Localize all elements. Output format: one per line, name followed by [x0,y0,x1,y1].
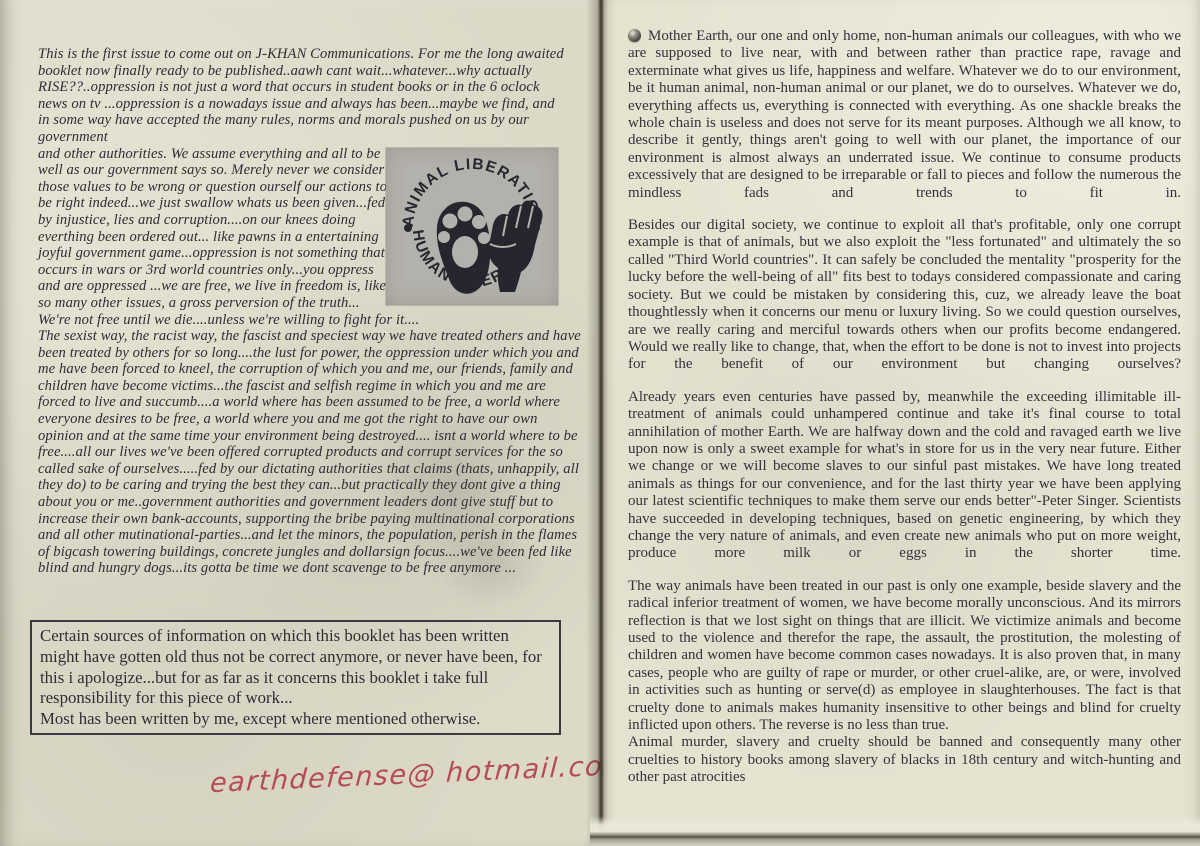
disclaimer-text: Certain sources of information on which … [40,626,551,709]
intro-text-1: This is the first issue to come out on J… [38,46,566,146]
handwritten-email: earthdefense@ hotmail.com [209,752,581,799]
page-gutter [586,0,616,846]
disclaimer-signature-line: Most has been written by me, except wher… [40,709,551,730]
paragraph-exploitation: Besides our digital society, we continue… [628,217,1181,374]
intro-text-3: We're not free until we die....unless we… [38,312,578,329]
animal-human-liberation-stamp: ANIMAL LIBERATION HUMAN LIBERATION [386,148,558,305]
paragraph-mother-earth: Mother Earth, our one and only home, non… [628,28,1181,202]
disclaimer-box: Certain sources of information on which … [30,620,561,735]
paragraph-animal-murder: Animal murder, slavery and cruelty shoul… [628,734,1181,786]
globe-earth-icon [628,29,641,42]
paragraph-ill-treatment: Already years even centuries have passed… [628,389,1181,563]
right-page: Mother Earth, our one and only home, non… [604,0,1200,846]
paragraph-morally-unconscious: The way animals have been treated in our… [628,578,1181,735]
right-page-text: Mother Earth, our one and only home, non… [628,28,1181,787]
stamp-graphic: ANIMAL LIBERATION HUMAN LIBERATION [386,148,558,305]
intro-text-4: The sexist way, the racist way, the fasc… [38,328,581,577]
booklet-spread: This is the first issue to come out on J… [0,0,1200,846]
intro-text-2: and other authorities. We assume everyth… [38,146,388,312]
booklet-bottom-edge [590,816,1200,846]
paragraph-text: Mother Earth, our one and only home, non… [628,28,1181,201]
left-page: This is the first issue to come out on J… [0,0,598,846]
bullet-dot-left-icon [404,224,412,232]
